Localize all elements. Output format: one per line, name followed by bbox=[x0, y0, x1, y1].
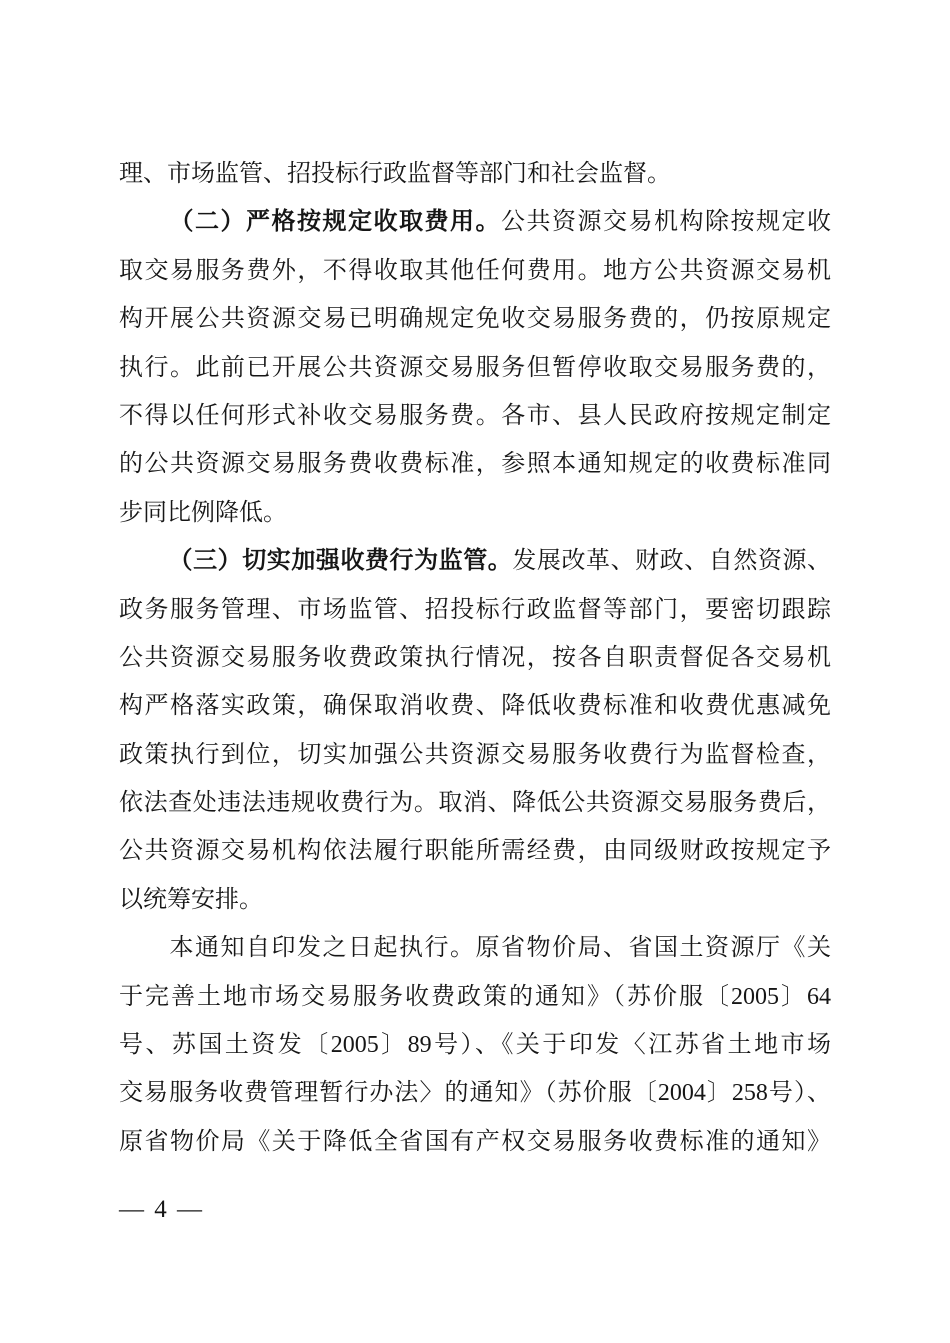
page-number: — 4 — bbox=[119, 1194, 204, 1226]
paragraph-indent bbox=[119, 954, 168, 955]
body-text: 理、市场监管、招投标行政监督等部门和社会监督。 bbox=[119, 161, 671, 187]
text-line: 政务服务管理、市场监管、招投标行政监督等部门，要密切跟踪 bbox=[119, 586, 831, 634]
text-line: 政策执行到位，切实加强公共资源交易服务收费行为监督检查， bbox=[119, 731, 831, 779]
body-text: 公共资源交易机构除按规定收 bbox=[501, 209, 831, 235]
text-line: （二）严格按规定收取费用。公共资源交易机构除按规定收 bbox=[119, 198, 831, 246]
text-line: 号、苏国土资发〔2005〕89号）、《关于印发〈江苏省土地市场 bbox=[119, 1021, 831, 1069]
text-line: （三）切实加强收费行为监管。发展改革、财政、自然资源、 bbox=[119, 537, 831, 585]
text-line: 不得以任何形式补收交易服务费。各市、县人民政府按规定制定 bbox=[119, 392, 831, 440]
text-line: 步同比例降低。 bbox=[119, 489, 831, 537]
body-text: 号、苏国土资发〔2005〕89号）、《关于印发〈江苏省土地市场 bbox=[119, 1032, 831, 1058]
text-line: 公共资源交易机构依法履行职能所需经费，由同级财政按规定予 bbox=[119, 827, 831, 875]
text-line: 构开展公共资源交易已明确规定免收交易服务费的，仍按原规定 bbox=[119, 295, 831, 343]
body-text: 构开展公共资源交易已明确规定免收交易服务费的，仍按原规定 bbox=[119, 306, 831, 332]
body-text: 依法查处违法违规收费行为。取消、降低公共资源交易服务费后， bbox=[119, 790, 831, 816]
text-line: 取交易服务费外，不得收取其他任何费用。地方公共资源交易机 bbox=[119, 247, 831, 295]
text-line: 本通知自印发之日起执行。原省物价局、省国土资源厅《关 bbox=[119, 924, 831, 972]
text-line: 于完善土地市场交易服务收费政策的通知》（苏价服〔2005〕64 bbox=[119, 973, 831, 1021]
body-text: 步同比例降低。 bbox=[119, 500, 287, 526]
text-line: 公共资源交易服务收费政策执行情况，按各自职责督促各交易机 bbox=[119, 634, 831, 682]
body-text: 原省物价局《关于降低全省国有产权交易服务收费标准的通知》 bbox=[119, 1129, 831, 1155]
text-line: 原省物价局《关于降低全省国有产权交易服务收费标准的通知》 bbox=[119, 1118, 831, 1166]
body-text: 发展改革、财政、自然资源、 bbox=[512, 548, 831, 574]
body-text: 构严格落实政策，确保取消收费、降低收费标准和收费优惠减免 bbox=[119, 693, 831, 719]
section-heading: （二）严格按规定收取费用。 bbox=[168, 209, 501, 235]
text-line: 构严格落实政策，确保取消收费、降低收费标准和收费优惠减免 bbox=[119, 682, 831, 730]
body-text: 执行。此前已开展公共资源交易服务但暂停收取交易服务费的， bbox=[119, 355, 831, 381]
body-text: 取交易服务费外，不得收取其他任何费用。地方公共资源交易机 bbox=[119, 258, 831, 284]
document-page: 理、市场监管、招投标行政监督等部门和社会监督。（二）严格按规定收取费用。公共资源… bbox=[0, 0, 950, 1343]
paragraph-indent bbox=[119, 228, 168, 229]
body-text: 本通知自印发之日起执行。原省物价局、省国土资源厅《关 bbox=[168, 935, 831, 961]
text-line: 的公共资源交易服务费收费标准，参照本通知规定的收费标准同 bbox=[119, 440, 831, 488]
text-line: 执行。此前已开展公共资源交易服务但暂停收取交易服务费的， bbox=[119, 344, 831, 392]
body-text: 公共资源交易机构依法履行职能所需经费，由同级财政按规定予 bbox=[119, 838, 831, 864]
document-body: 理、市场监管、招投标行政监督等部门和社会监督。（二）严格按规定收取费用。公共资源… bbox=[119, 150, 831, 1166]
body-text: 于完善土地市场交易服务收费政策的通知》（苏价服〔2005〕64 bbox=[119, 984, 831, 1010]
text-line: 依法查处违法违规收费行为。取消、降低公共资源交易服务费后， bbox=[119, 779, 831, 827]
paragraph-indent bbox=[119, 567, 168, 568]
body-text: 以统筹安排。 bbox=[119, 887, 263, 913]
text-line: 理、市场监管、招投标行政监督等部门和社会监督。 bbox=[119, 150, 831, 198]
body-text: 政策执行到位，切实加强公共资源交易服务收费行为监督检查， bbox=[119, 742, 831, 768]
body-text: 公共资源交易服务收费政策执行情况，按各自职责督促各交易机 bbox=[119, 645, 831, 671]
text-line: 以统筹安排。 bbox=[119, 876, 831, 924]
section-heading: （三）切实加强收费行为监管。 bbox=[168, 548, 512, 574]
body-text: 不得以任何形式补收交易服务费。各市、县人民政府按规定制定 bbox=[119, 403, 831, 429]
body-text: 的公共资源交易服务费收费标准，参照本通知规定的收费标准同 bbox=[119, 451, 831, 477]
body-text: 政务服务管理、市场监管、招投标行政监督等部门，要密切跟踪 bbox=[119, 597, 831, 623]
text-line: 交易服务收费管理暂行办法〉的通知》（苏价服〔2004〕258号）、 bbox=[119, 1069, 831, 1117]
body-text: 交易服务收费管理暂行办法〉的通知》（苏价服〔2004〕258号）、 bbox=[119, 1080, 831, 1106]
